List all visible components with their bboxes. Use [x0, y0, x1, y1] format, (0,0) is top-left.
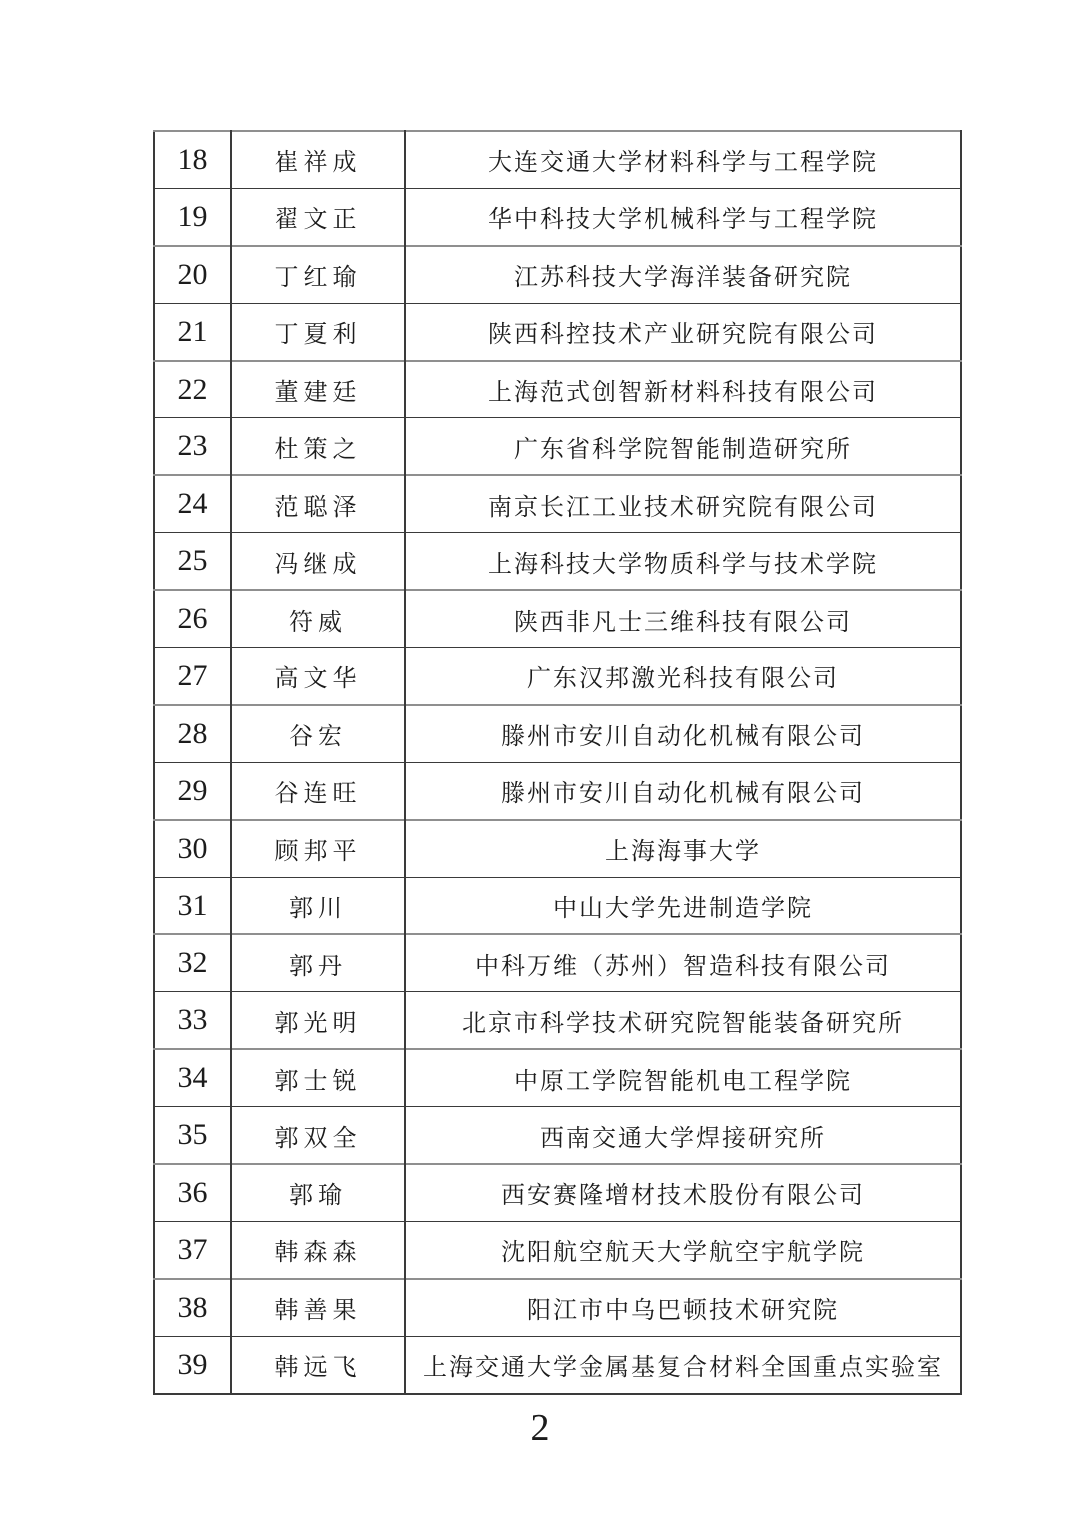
row-number-cell: 33: [154, 992, 231, 1049]
row-number-cell: 36: [154, 1164, 231, 1221]
person-name-cell: 董建廷: [231, 361, 405, 418]
row-number-cell: 20: [154, 246, 231, 303]
person-name-cell: 崔祥成: [231, 131, 405, 188]
organization-cell: 上海海事大学: [405, 820, 961, 877]
table-row: 39 韩远飞 上海交通大学金属基复合材料全国重点实验室: [154, 1336, 961, 1393]
person-name-cell: 郭瑜: [231, 1164, 405, 1221]
table-row: 30 顾邦平 上海海事大学: [154, 820, 961, 877]
person-name-cell: 顾邦平: [231, 820, 405, 877]
table-row: 34 郭士锐 中原工学院智能机电工程学院: [154, 1049, 961, 1106]
person-name-cell: 郭丹: [231, 934, 405, 991]
row-number-cell: 24: [154, 475, 231, 532]
table-row: 18 崔祥成 大连交通大学材料科学与工程学院: [154, 131, 961, 188]
table-row: 20 丁红瑜 江苏科技大学海洋装备研究院: [154, 246, 961, 303]
organization-cell: 北京市科学技术研究院智能装备研究所: [405, 992, 961, 1049]
person-name-cell: 韩远飞: [231, 1336, 405, 1393]
organization-cell: 陕西非凡士三维科技有限公司: [405, 590, 961, 647]
table-row: 24 范聪泽 南京长江工业技术研究院有限公司: [154, 475, 961, 532]
table-row: 28 谷宏 滕州市安川自动化机械有限公司: [154, 705, 961, 762]
roster-table: 18 崔祥成 大连交通大学材料科学与工程学院 19 翟文正 华中科技大学机械科学…: [153, 130, 962, 1395]
organization-cell: 江苏科技大学海洋装备研究院: [405, 246, 961, 303]
person-name-cell: 郭光明: [231, 992, 405, 1049]
table-row: 22 董建廷 上海范式创智新材料科技有限公司: [154, 361, 961, 418]
row-number-cell: 21: [154, 303, 231, 360]
table-row: 31 郭川 中山大学先进制造学院: [154, 877, 961, 934]
organization-cell: 广东省科学院智能制造研究所: [405, 418, 961, 475]
organization-cell: 西南交通大学焊接研究所: [405, 1107, 961, 1164]
organization-cell: 上海交通大学金属基复合材料全国重点实验室: [405, 1336, 961, 1393]
table-row: 38 韩善果 阳江市中乌巴顿技术研究院: [154, 1279, 961, 1336]
table-row: 27 高文华 广东汉邦激光科技有限公司: [154, 648, 961, 705]
organization-cell: 南京长江工业技术研究院有限公司: [405, 475, 961, 532]
person-name-cell: 杜策之: [231, 418, 405, 475]
row-number-cell: 25: [154, 533, 231, 590]
person-name-cell: 冯继成: [231, 533, 405, 590]
row-number-cell: 34: [154, 1049, 231, 1106]
table-row: 36 郭瑜 西安赛隆增材技术股份有限公司: [154, 1164, 961, 1221]
organization-cell: 沈阳航空航天大学航空宇航学院: [405, 1221, 961, 1278]
row-number-cell: 18: [154, 131, 231, 188]
row-number-cell: 26: [154, 590, 231, 647]
person-name-cell: 翟文正: [231, 188, 405, 245]
row-number-cell: 30: [154, 820, 231, 877]
table-row: 33 郭光明 北京市科学技术研究院智能装备研究所: [154, 992, 961, 1049]
organization-cell: 中山大学先进制造学院: [405, 877, 961, 934]
table-row: 21 丁夏利 陕西科控技术产业研究院有限公司: [154, 303, 961, 360]
person-name-cell: 高文华: [231, 648, 405, 705]
table-row: 37 韩森森 沈阳航空航天大学航空宇航学院: [154, 1221, 961, 1278]
organization-cell: 广东汉邦激光科技有限公司: [405, 648, 961, 705]
row-number-cell: 19: [154, 188, 231, 245]
table-row: 19 翟文正 华中科技大学机械科学与工程学院: [154, 188, 961, 245]
person-name-cell: 郭士锐: [231, 1049, 405, 1106]
table-row: 26 符威 陕西非凡士三维科技有限公司: [154, 590, 961, 647]
person-name-cell: 丁红瑜: [231, 246, 405, 303]
table-row: 35 郭双全 西南交通大学焊接研究所: [154, 1107, 961, 1164]
person-name-cell: 范聪泽: [231, 475, 405, 532]
organization-cell: 中科万维（苏州）智造科技有限公司: [405, 934, 961, 991]
organization-cell: 大连交通大学材料科学与工程学院: [405, 131, 961, 188]
organization-cell: 中原工学院智能机电工程学院: [405, 1049, 961, 1106]
row-number-cell: 22: [154, 361, 231, 418]
row-number-cell: 35: [154, 1107, 231, 1164]
row-number-cell: 29: [154, 762, 231, 819]
person-name-cell: 郭川: [231, 877, 405, 934]
organization-cell: 西安赛隆增材技术股份有限公司: [405, 1164, 961, 1221]
table-row: 23 杜策之 广东省科学院智能制造研究所: [154, 418, 961, 475]
roster-table-body: 18 崔祥成 大连交通大学材料科学与工程学院 19 翟文正 华中科技大学机械科学…: [154, 131, 961, 1394]
row-number-cell: 27: [154, 648, 231, 705]
row-number-cell: 32: [154, 934, 231, 991]
organization-cell: 滕州市安川自动化机械有限公司: [405, 762, 961, 819]
person-name-cell: 谷宏: [231, 705, 405, 762]
row-number-cell: 37: [154, 1221, 231, 1278]
person-name-cell: 韩善果: [231, 1279, 405, 1336]
table-row: 25 冯继成 上海科技大学物质科学与技术学院: [154, 533, 961, 590]
organization-cell: 阳江市中乌巴顿技术研究院: [405, 1279, 961, 1336]
row-number-cell: 23: [154, 418, 231, 475]
person-name-cell: 谷连旺: [231, 762, 405, 819]
row-number-cell: 28: [154, 705, 231, 762]
document-page: 18 崔祥成 大连交通大学材料科学与工程学院 19 翟文正 华中科技大学机械科学…: [0, 0, 1080, 1527]
person-name-cell: 丁夏利: [231, 303, 405, 360]
page-number: 2: [0, 1408, 1080, 1450]
row-number-cell: 38: [154, 1279, 231, 1336]
organization-cell: 上海科技大学物质科学与技术学院: [405, 533, 961, 590]
organization-cell: 上海范式创智新材料科技有限公司: [405, 361, 961, 418]
row-number-cell: 39: [154, 1336, 231, 1393]
person-name-cell: 符威: [231, 590, 405, 647]
organization-cell: 陕西科控技术产业研究院有限公司: [405, 303, 961, 360]
table-row: 32 郭丹 中科万维（苏州）智造科技有限公司: [154, 934, 961, 991]
person-name-cell: 韩森森: [231, 1221, 405, 1278]
organization-cell: 华中科技大学机械科学与工程学院: [405, 188, 961, 245]
row-number-cell: 31: [154, 877, 231, 934]
organization-cell: 滕州市安川自动化机械有限公司: [405, 705, 961, 762]
table-row: 29 谷连旺 滕州市安川自动化机械有限公司: [154, 762, 961, 819]
person-name-cell: 郭双全: [231, 1107, 405, 1164]
